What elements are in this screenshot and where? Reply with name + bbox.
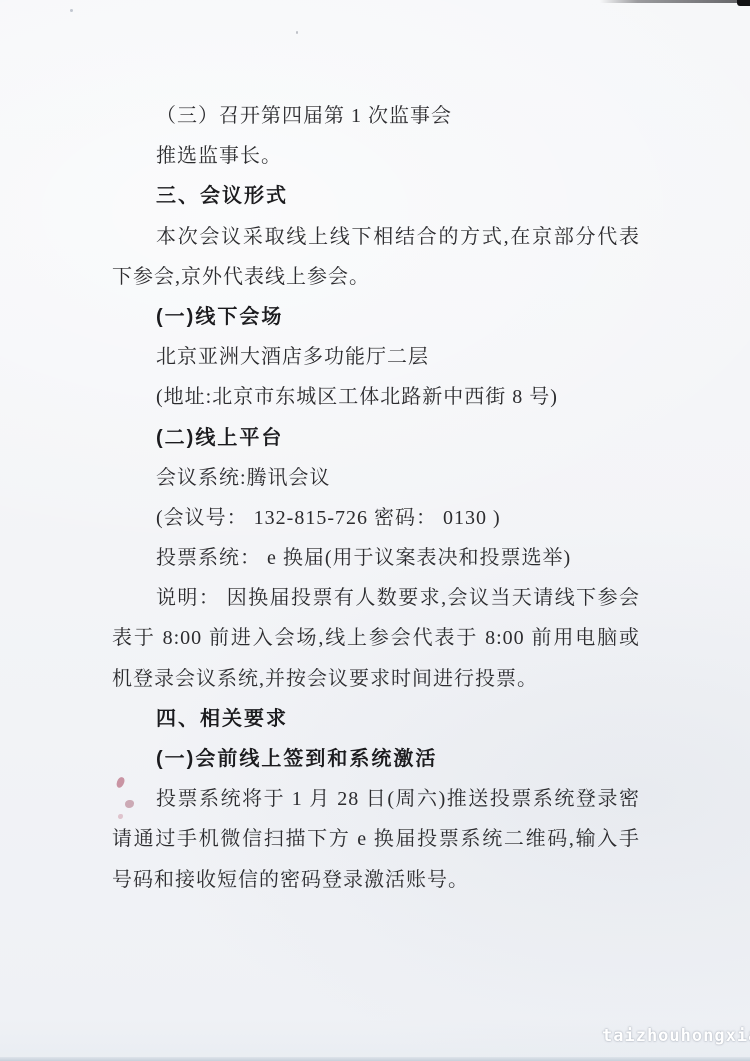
scan-bottom-edge-artifact xyxy=(0,1057,750,1061)
text-line: 机登录会议系统,并按会议要求时间进行投票。 xyxy=(112,659,640,699)
dust-speck xyxy=(70,9,73,12)
scan-corner-ink-mark xyxy=(737,0,750,6)
heading-line: (一)会前线上签到和系统激活 xyxy=(112,739,640,779)
heading-line: 三、会议形式 xyxy=(112,176,640,216)
text-line: 北京亚洲大酒店多功能厅二层 xyxy=(112,337,640,377)
text-line: 说明： 因换届投票有人数要求,会议当天请线下参会代 xyxy=(112,578,640,618)
text-line: 号码和接收短信的密码登录激活账号。 xyxy=(112,860,640,900)
text-line: 投票系统： e 换届(用于议案表决和投票选举) xyxy=(112,538,640,578)
text-line: (地址:北京市东城区工体北路新中西街 8 号) xyxy=(112,377,640,417)
text-line: 本次会议采取线上线下相结合的方式,在京部分代表线 xyxy=(112,217,640,257)
text-line: 推选监事长。 xyxy=(112,136,640,176)
text-line: 下参会,京外代表线上参会。 xyxy=(112,257,640,297)
watermark-text: taizhouhongxiang.co xyxy=(602,1026,750,1046)
scan-top-edge-artifact xyxy=(600,0,750,3)
text-line: 会议系统:腾讯会议 xyxy=(112,458,640,498)
heading-line: (一)线下会场 xyxy=(112,297,640,337)
text-line: 请通过手机微信扫描下方 e 换届投票系统二维码,输入手机 xyxy=(112,819,640,859)
heading-line: 四、相关要求 xyxy=(112,699,640,739)
text-line: （三）召开第四届第 1 次监事会 xyxy=(112,96,640,136)
scanned-page: （三）召开第四届第 1 次监事会推选监事长。三、会议形式本次会议采取线上线下相结… xyxy=(0,0,750,1061)
heading-line: (二)线上平台 xyxy=(112,418,640,458)
text-line: 表于 8:00 前进入会场,线上参会代表于 8:00 前用电脑或手 xyxy=(112,618,640,658)
text-line: 投票系统将于 1 月 28 日(周六)推送投票系统登录密码, xyxy=(112,779,640,819)
document-body: （三）召开第四届第 1 次监事会推选监事长。三、会议形式本次会议采取线上线下相结… xyxy=(112,96,640,900)
dust-speck xyxy=(296,31,298,34)
text-line: (会议号： 132-815-726 密码： 0130 ) xyxy=(112,498,640,538)
